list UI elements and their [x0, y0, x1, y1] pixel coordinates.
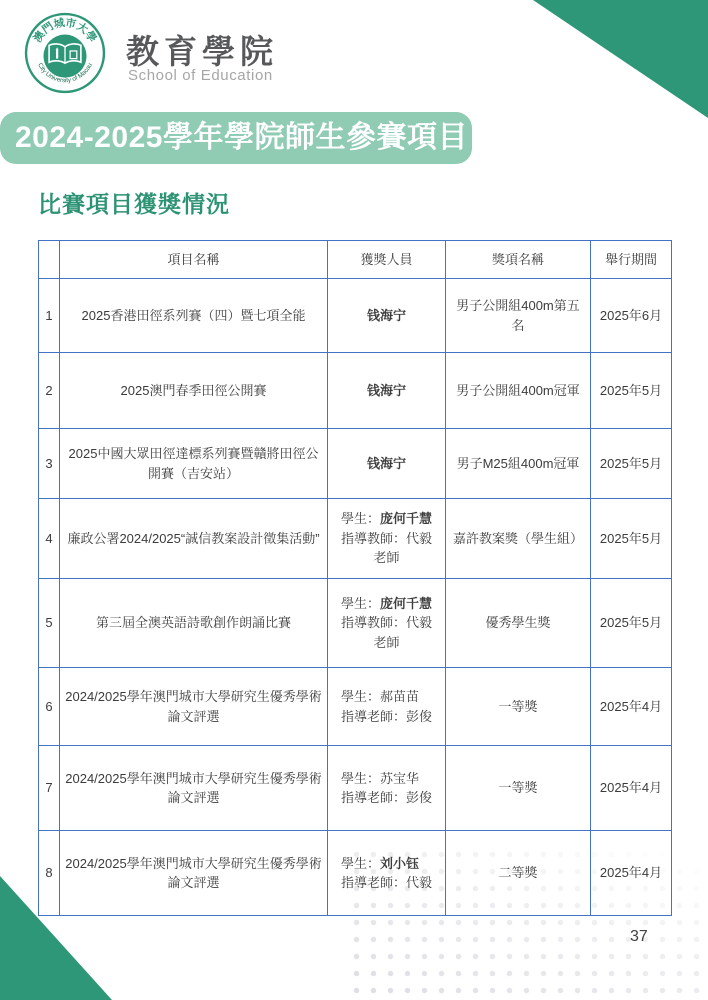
- cell-winner: 钱海宁: [328, 353, 446, 429]
- cell-period: 2025年4月: [591, 831, 672, 916]
- section-title: 比賽項目獲獎情況: [38, 186, 230, 219]
- cell-row-number: 3: [39, 429, 60, 499]
- cell-award-name: 優秀學生獎: [446, 579, 591, 668]
- cell-project-name: 第三屆全澳英語詩歌創作朗誦比賽: [60, 579, 328, 668]
- cell-award-name: 男子公開組400m冠軍: [446, 353, 591, 429]
- cell-winner: 钱海宁: [328, 429, 446, 499]
- table-header: 項目名稱獲獎人員獎項名稱舉行期間: [39, 241, 672, 279]
- cell-project-name: 2024/2025學年澳門城市大學研究生優秀學術論文評選: [60, 746, 328, 831]
- cell-award-name: 男子公開組400m第五名: [446, 279, 591, 353]
- cell-row-number: 8: [39, 831, 60, 916]
- school-name-english: School of Education: [128, 67, 273, 84]
- column-header: 舉行期間: [591, 241, 672, 279]
- cell-winner: 钱海宁: [328, 279, 446, 353]
- cell-row-number: 7: [39, 746, 60, 831]
- table-row: 62024/2025學年澳門城市大學研究生優秀學術論文評選學生：郝苗苗指導老師：…: [39, 668, 672, 746]
- cell-winner: 學生：刘小钰指導老師：代毅: [328, 831, 446, 916]
- awards-table-container: 項目名稱獲獎人員獎項名稱舉行期間 12025香港田徑系列賽（四）暨七項全能钱海宁…: [38, 240, 671, 916]
- cell-project-name: 2024/2025學年澳門城市大學研究生優秀學術論文評選: [60, 668, 328, 746]
- cell-project-name: 2025中國大眾田徑達標系列賽暨贛將田徑公開賽（吉安站）: [60, 429, 328, 499]
- cell-award-name: 二等獎: [446, 831, 591, 916]
- cell-winner: 學生：庞何千慧指導教師：代毅老師: [328, 579, 446, 668]
- column-header-number: [39, 241, 60, 279]
- cell-winner: 學生：郝苗苗指導老師：彭俊: [328, 668, 446, 746]
- table-row: 22025澳門春季田徑公開賽钱海宁男子公開組400m冠軍2025年5月: [39, 353, 672, 429]
- cell-project-name: 2024/2025學年澳門城市大學研究生優秀學術論文評選: [60, 831, 328, 916]
- cell-row-number: 5: [39, 579, 60, 668]
- cell-project-name: 2025香港田徑系列賽（四）暨七項全能: [60, 279, 328, 353]
- banner-title: 2024-2025學年學院師生參賽項目: [0, 112, 472, 164]
- cell-row-number: 1: [39, 279, 60, 353]
- table-row: 12025香港田徑系列賽（四）暨七項全能钱海宁男子公開組400m第五名2025年…: [39, 279, 672, 353]
- table-body: 12025香港田徑系列賽（四）暨七項全能钱海宁男子公開組400m第五名2025年…: [39, 279, 672, 916]
- cell-winner: 學生：苏宝华指導老師：彭俊: [328, 746, 446, 831]
- university-seal-icon: 澳門城市大學 City University of Macau: [24, 12, 106, 94]
- university-logo: 澳門城市大學 City University of Macau: [24, 12, 106, 94]
- cell-row-number: 4: [39, 499, 60, 579]
- cell-period: 2025年4月: [591, 668, 672, 746]
- cell-row-number: 6: [39, 668, 60, 746]
- cell-period: 2025年5月: [591, 579, 672, 668]
- corner-triangle-top-right: [533, 0, 708, 118]
- page-number: 37: [630, 928, 648, 946]
- cell-project-name: 2025澳門春季田徑公開賽: [60, 353, 328, 429]
- cell-period: 2025年6月: [591, 279, 672, 353]
- cell-period: 2025年5月: [591, 353, 672, 429]
- cell-award-name: 男子M25組400m冠軍: [446, 429, 591, 499]
- cell-award-name: 嘉許教案獎（學生組）: [446, 499, 591, 579]
- page: { "header": { "logo": { "arc_top": "澳門城市…: [0, 0, 708, 1000]
- cell-winner: 學生：庞何千慧指導教師：代毅老師: [328, 499, 446, 579]
- cell-award-name: 一等獎: [446, 746, 591, 831]
- awards-table: 項目名稱獲獎人員獎項名稱舉行期間 12025香港田徑系列賽（四）暨七項全能钱海宁…: [38, 240, 672, 916]
- column-header: 項目名稱: [60, 241, 328, 279]
- table-header-row: 項目名稱獲獎人員獎項名稱舉行期間: [39, 241, 672, 279]
- cell-period: 2025年5月: [591, 429, 672, 499]
- cell-period: 2025年5月: [591, 499, 672, 579]
- column-header: 獲獎人員: [328, 241, 446, 279]
- table-row: 5第三屆全澳英語詩歌創作朗誦比賽學生：庞何千慧指導教師：代毅老師優秀學生獎202…: [39, 579, 672, 668]
- cell-project-name: 廉政公署2024/2025“誠信教案設計徵集活動”: [60, 499, 328, 579]
- column-header: 獎項名稱: [446, 241, 591, 279]
- table-row: 32025中國大眾田徑達標系列賽暨贛將田徑公開賽（吉安站）钱海宁男子M25組40…: [39, 429, 672, 499]
- table-row: 4廉政公署2024/2025“誠信教案設計徵集活動”學生：庞何千慧指導教師：代毅…: [39, 499, 672, 579]
- cell-award-name: 一等獎: [446, 668, 591, 746]
- cell-period: 2025年4月: [591, 746, 672, 831]
- school-name-chinese: 教育學院: [126, 26, 278, 73]
- cell-row-number: 2: [39, 353, 60, 429]
- table-row: 82024/2025學年澳門城市大學研究生優秀學術論文評選學生：刘小钰指導老師：…: [39, 831, 672, 916]
- table-row: 72024/2025學年澳門城市大學研究生優秀學術論文評選學生：苏宝华指導老師：…: [39, 746, 672, 831]
